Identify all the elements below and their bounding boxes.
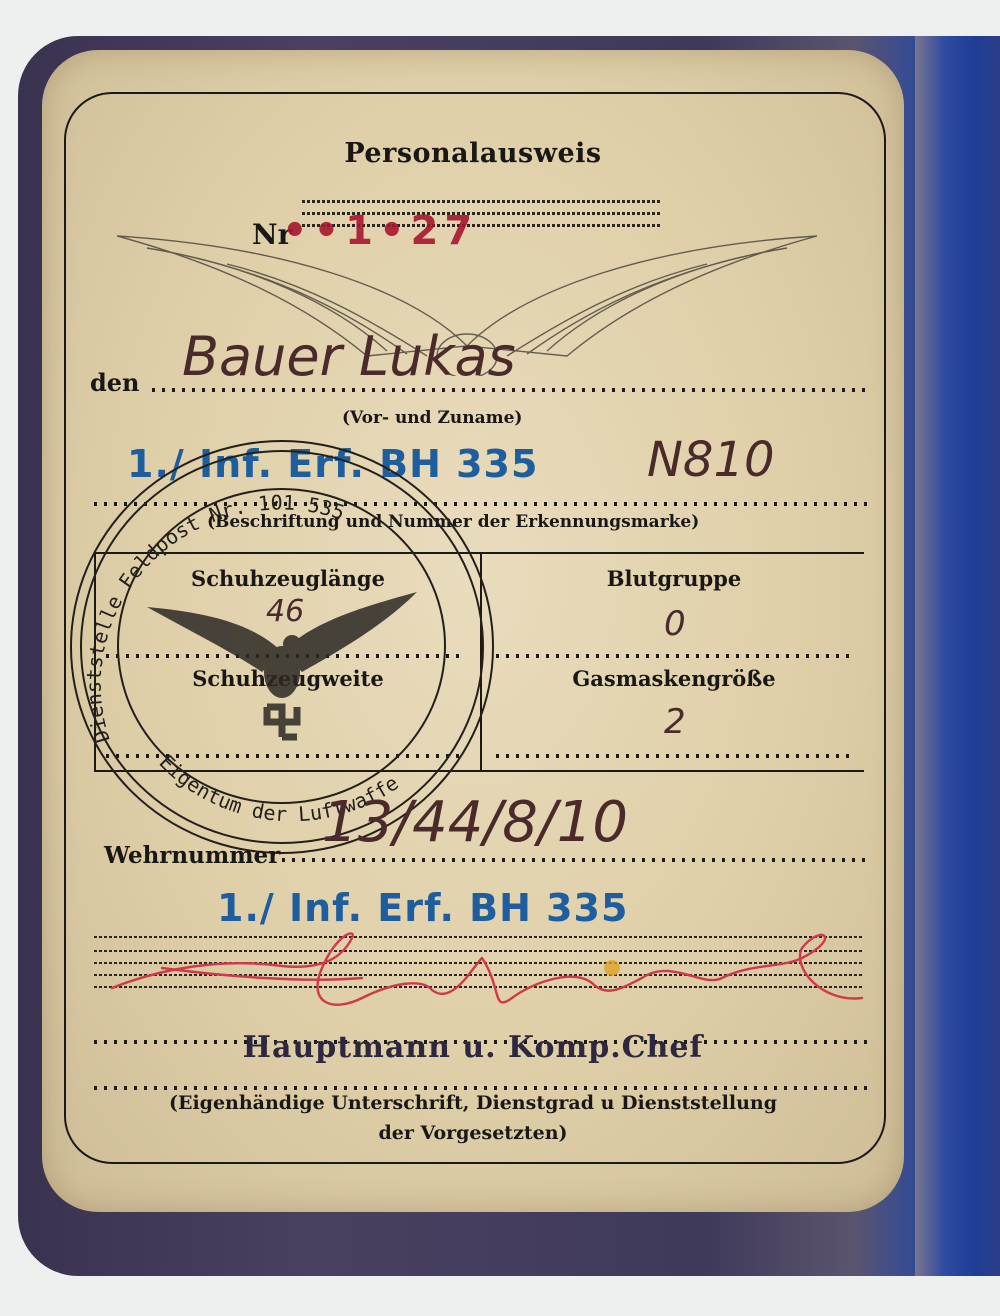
rank-stamp: Hauptmann u. Komp.Chef [42,1030,904,1065]
svg-text:Dienststelle Feldpost Nr. 101: Dienststelle Feldpost Nr. 101 535 [82,490,348,745]
name-caption: (Vor- und Zuname) [342,408,522,428]
tag-number-handwritten: N810 [647,432,775,488]
name-handwritten: Bauer Lukas [182,325,516,388]
service-number-label: Wehrnummer [104,842,280,869]
gasmask-size-value: 2 [664,702,686,742]
official-seal: Dienststelle Feldpost Nr. 101 535 Eigent… [80,450,484,844]
id-card-page: Personalausweis Nr ••1•27 den Bauer Luka… [42,50,904,1212]
table-dotted-line [496,754,856,758]
blood-group-value: 0 [664,604,686,644]
signature-caption-line2: der Vorgesetzten) [42,1122,904,1144]
service-number-value: 13/44/8/10 [322,790,628,855]
cover-spine [915,36,1000,1276]
document-title: Personalausweis [42,138,904,169]
name-prefix: den [90,368,140,397]
rank-dotted-line [94,1086,874,1090]
signature-caption-line1: (Eigenhändige Unterschrift, Dienstgrad u… [42,1092,904,1114]
number-line [302,200,662,203]
commander-signature: Kunkel [102,928,882,1018]
gasmask-size-label: Gasmaskengröße [482,666,866,691]
service-number-dotted-line [282,858,872,862]
table-dotted-line [496,654,856,658]
unit-stamp: 1./ Inf. Erf. BH 335 [217,886,628,930]
name-dotted-line [152,388,872,392]
blood-group-label: Blutgruppe [482,566,866,591]
